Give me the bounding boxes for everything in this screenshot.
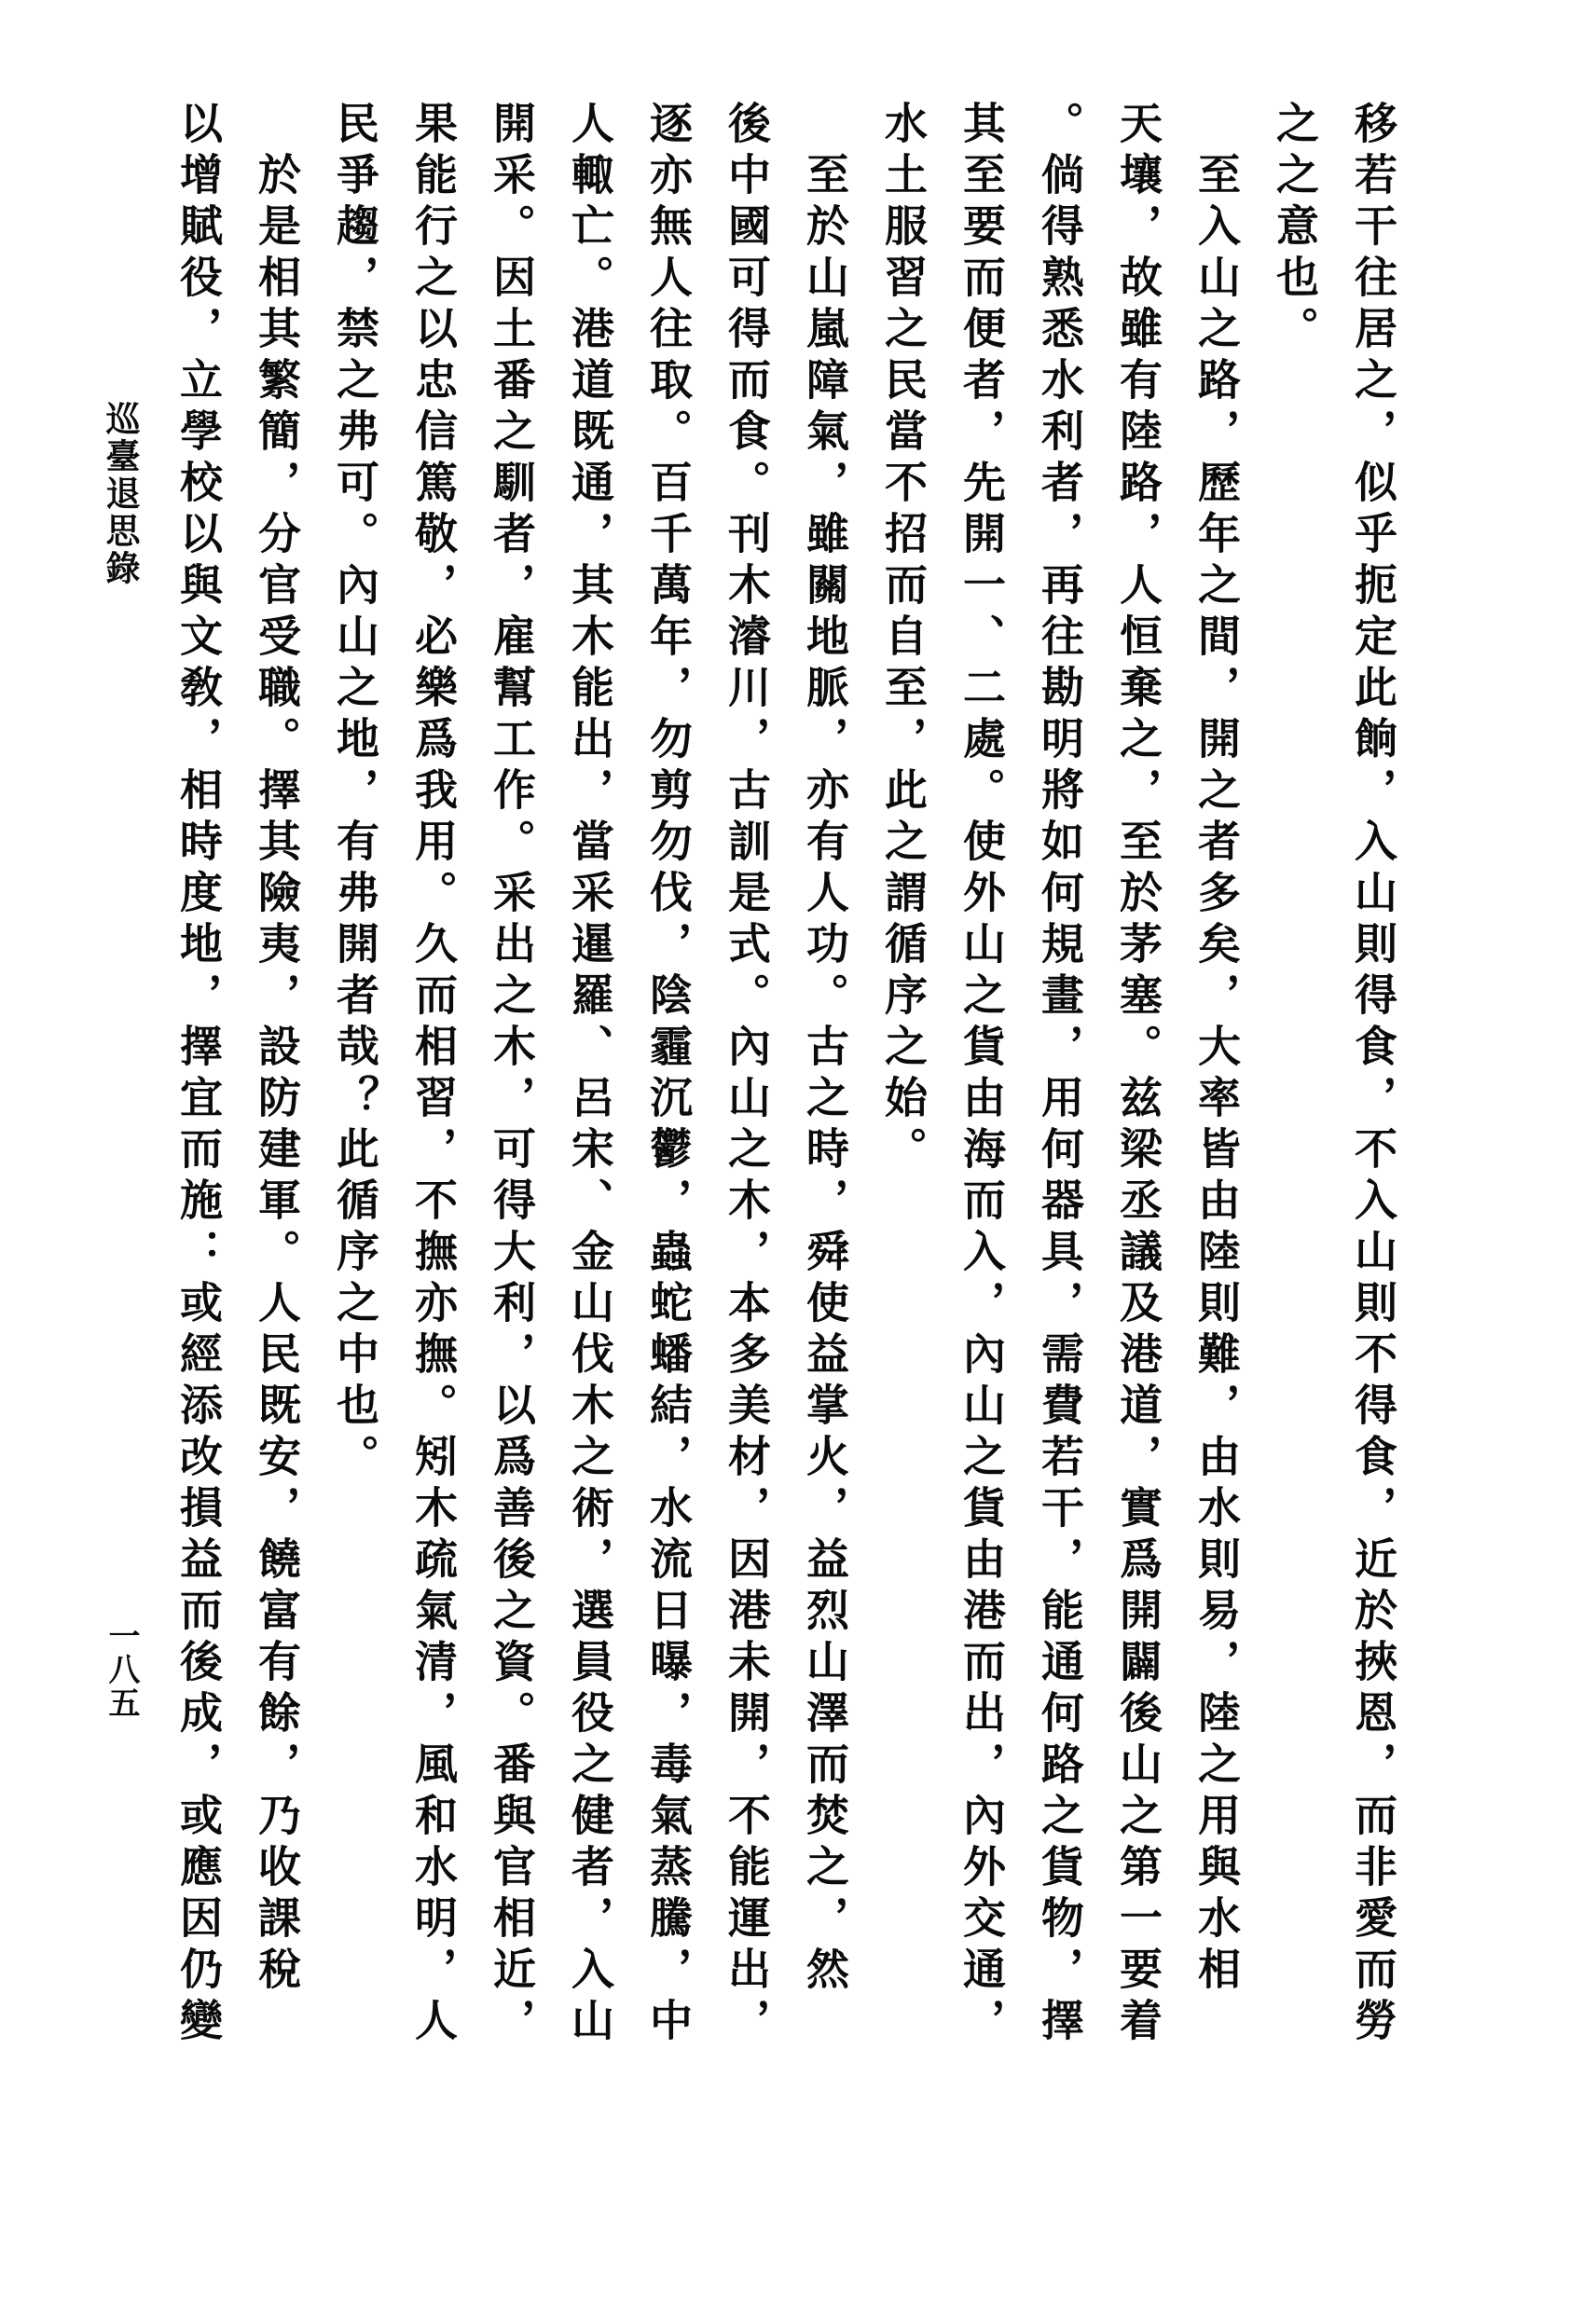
text-column-13: 果能行之以忠信篤敬，必樂爲我用。久而相習，不撫亦撫。矧木疏氣清，風和水明，人 (394, 101, 473, 2086)
text-column-6: 其至要而便者，先開一、二處。使外山之貨由海而入，內山之貨由港而出，內外交通， (943, 101, 1021, 2086)
text-columns: 移若干往居之，似乎扼定此餉，入山則得食，不入山則不得食，近於挾恩，而非愛而勞 之… (159, 101, 1412, 2086)
text-column-4: 天壤，故雖有陸路，人恒棄之，至於茅塞。兹梁丞議及港道，實爲開闢後山之第一要着 (1099, 101, 1177, 2086)
text-column-14: 民爭趨，禁之弗可。內山之地，有弗開者哉？此循序之中也。 (316, 101, 394, 2086)
text-column-2: 之之意也。 (1256, 101, 1334, 2086)
text-column-11: 人輙亡。港道既通，其木能出，當采暹羅、呂宋、金山伐木之術，選員役之健者，入山 (551, 101, 629, 2086)
text-column-16: 以增賦役，立學校以與文敎，相時度地，擇宜而施：或經添改損益而後成，或應因仍變 (159, 101, 238, 2086)
text-column-3: 至入山之路，歷年之間，開之者多矣，大率皆由陸則難，由水則易，陸之用與水相 (1177, 101, 1256, 2086)
text-column-1: 移若干往居之，似乎扼定此餉，入山則得食，不入山則不得食，近於挾恩，而非愛而勞 (1334, 101, 1412, 2086)
text-column-5: 。倘得熟悉水利者，再往勘明將如何規畫，用何器具，需費若干，能通何路之貨物，擇 (1021, 101, 1099, 2086)
text-column-8: 至於山嵐障氣，雖關地脈，亦有人功。古之時，舜使益掌火，益烈山澤而焚之，然 (786, 101, 864, 2086)
text-column-15: 於是相其繁簡，分官受職。擇其險夷，設防建軍。人民既安，饒富有餘，乃收課稅 (238, 101, 316, 2086)
text-column-10: 逐亦無人往取。百千萬年，勿剪勿伐，陰霾沉鬱，蟲蛇蟠結，水流日曝，毒氣蒸騰，中 (629, 101, 708, 2086)
book-title: 巡臺退思錄 (96, 401, 145, 587)
text-column-9: 後中國可得而食。刊木濬川，古訓是式。內山之木，本多美材，因港未開，不能運出， (708, 101, 786, 2086)
page-number: 一八五 (99, 1619, 144, 1720)
text-column-7: 水土服習之民當不招而自至，此之謂循序之始。 (864, 101, 943, 2086)
scanned-page: 移若干往居之，似乎扼定此餉，入山則得食，不入山則不得食，近於挾恩，而非愛而勞 之… (0, 0, 1583, 2324)
text-column-12: 開采。因土番之馴者，雇幫工作。采出之木，可得大利，以爲善後之資。番與官相近， (473, 101, 551, 2086)
